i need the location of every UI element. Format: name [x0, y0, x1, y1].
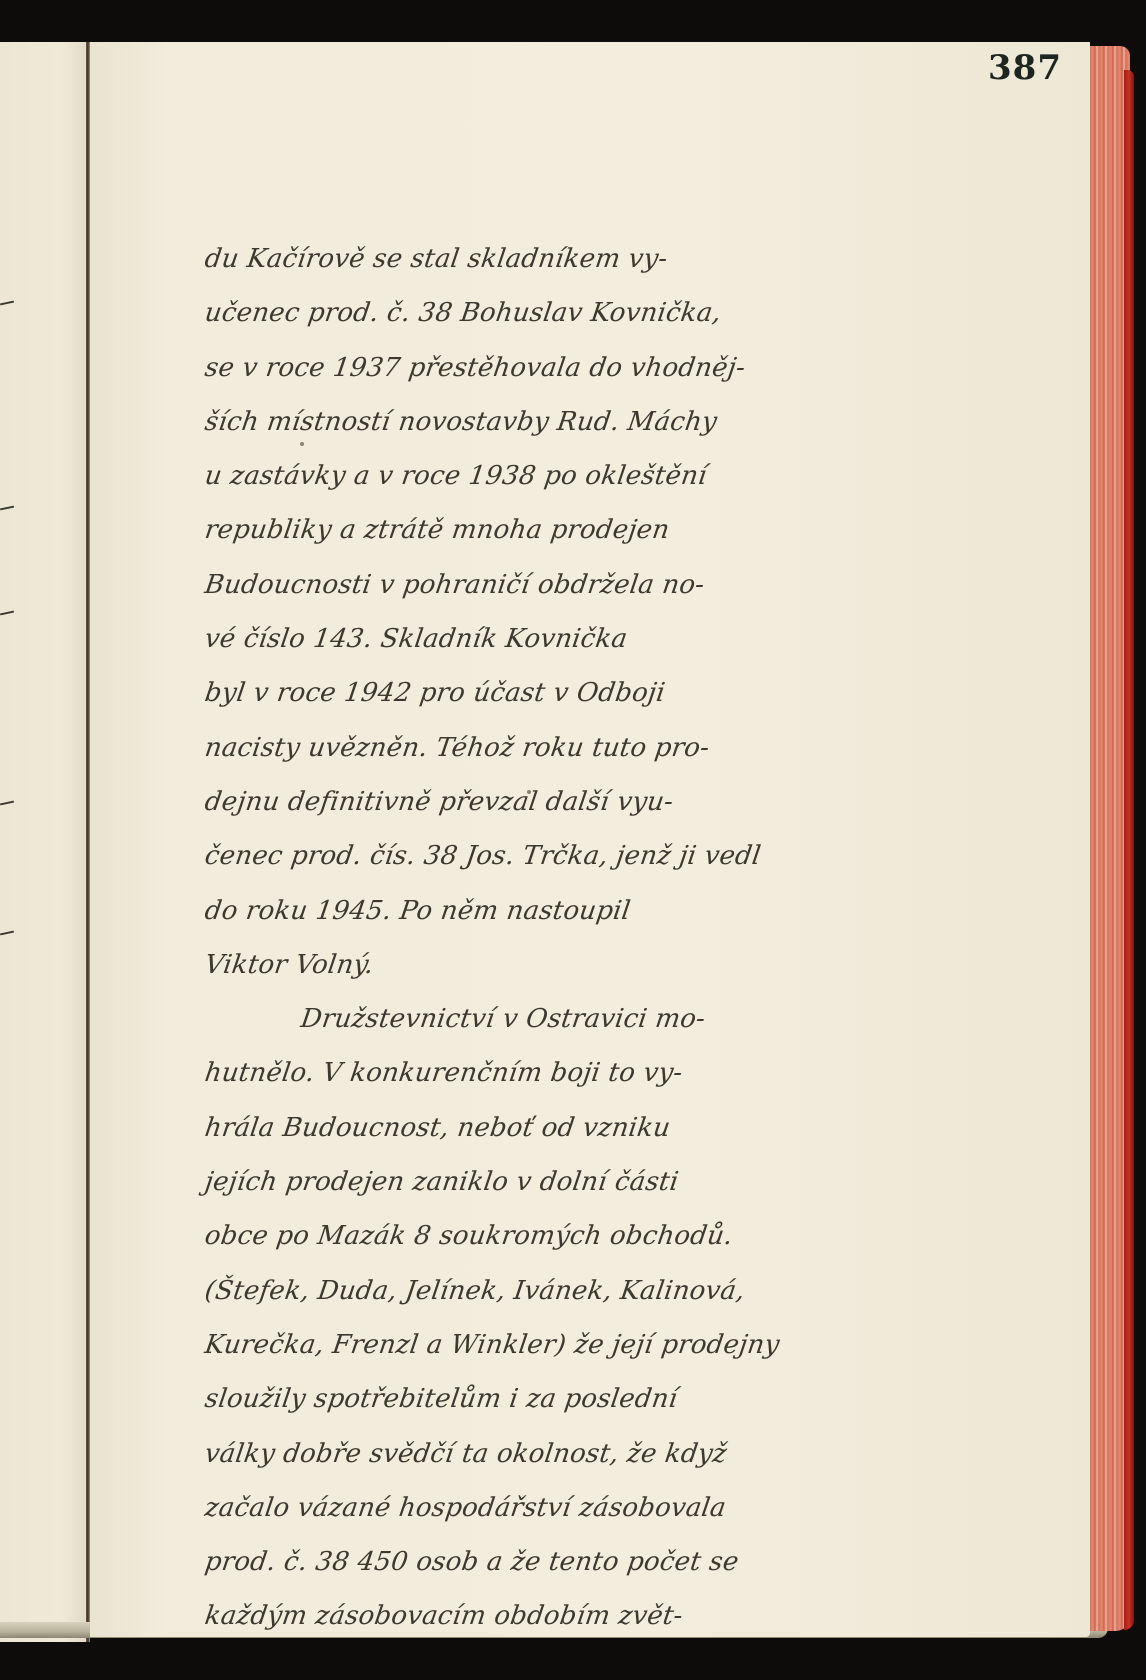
handwritten-line: Viktor Volný.: [201, 938, 879, 992]
handwritten-line: učenec prod. č. 38 Bohuslav Kovnička,: [201, 286, 879, 340]
left-page: [0, 42, 88, 1642]
handwritten-line: dejnu definitivně převzal další vyu-: [201, 775, 879, 829]
ink-mark: [0, 611, 14, 616]
book-cover-edge: [1124, 70, 1134, 1630]
handwritten-line: du Kačírově se stal skladníkem vy-: [201, 232, 879, 286]
handwritten-line: u zastávky a v roce 1938 po okleštění: [201, 449, 879, 503]
handwritten-line: čenec prod. čís. 38 Jos. Trčka, jenž ji …: [201, 829, 879, 883]
handwritten-line: do roku 1945. Po něm nastoupil: [201, 884, 879, 938]
handwritten-line: byl v roce 1942 pro účast v Odboji: [201, 666, 879, 720]
handwritten-line: se v roce 1937 přestěhovala do vhodněj-: [201, 341, 879, 395]
handwritten-line: hutnělo. V konkurenčním boji to vy-: [201, 1046, 879, 1100]
handwritten-line: prod. č. 38 450 osob a že tento počet se: [201, 1535, 879, 1589]
handwritten-line: vé číslo 143. Skladník Kovnička: [201, 612, 879, 666]
handwritten-line: ších místností novostavby Rud. Máchy: [201, 395, 879, 449]
ink-mark: [0, 301, 14, 306]
ink-mark: [0, 931, 14, 936]
left-page-ink-marks: [0, 42, 88, 1642]
handwritten-line: začalo vázané hospodářství zásobovala: [201, 1481, 879, 1535]
handwritten-line: každým zásobovacím obdobím zvět-: [201, 1589, 879, 1643]
handwritten-line: války dobře svědčí ta okolnost, že když: [201, 1427, 879, 1481]
handwritten-line: republiky a ztrátě mnoha prodejen: [201, 503, 879, 557]
handwritten-line: hrála Budoucnost, neboť od vzniku: [201, 1101, 879, 1155]
handwritten-line: Družstevnictví v Ostravici mo-: [201, 992, 879, 1046]
ink-mark: [0, 506, 14, 511]
handwritten-line: sloužily spotřebitelům i za poslední: [201, 1372, 879, 1426]
handwritten-text-block: du Kačírově se stal skladníkem vy-učenec…: [205, 232, 875, 1644]
handwritten-line: (Štefek, Duda, Jelínek, Ivánek, Kalinová…: [201, 1264, 879, 1318]
page-number: 387: [988, 48, 1062, 88]
handwritten-line: Kurečka, Frenzl a Winkler) že její prode…: [201, 1318, 879, 1372]
handwritten-line: obce po Mazák 8 soukromých obchodů.: [201, 1209, 879, 1263]
handwritten-line: nacisty uvězněn. Téhož roku tuto pro-: [201, 721, 879, 775]
ink-mark: [0, 801, 14, 806]
handwritten-line: Budoucnosti v pohraničí obdržela no-: [201, 558, 879, 612]
handwritten-line: jejích prodejen zaniklo v dolní části: [201, 1155, 879, 1209]
book-scan: 387 du Kačírově se stal skladníkem vy-uč…: [0, 0, 1146, 1680]
